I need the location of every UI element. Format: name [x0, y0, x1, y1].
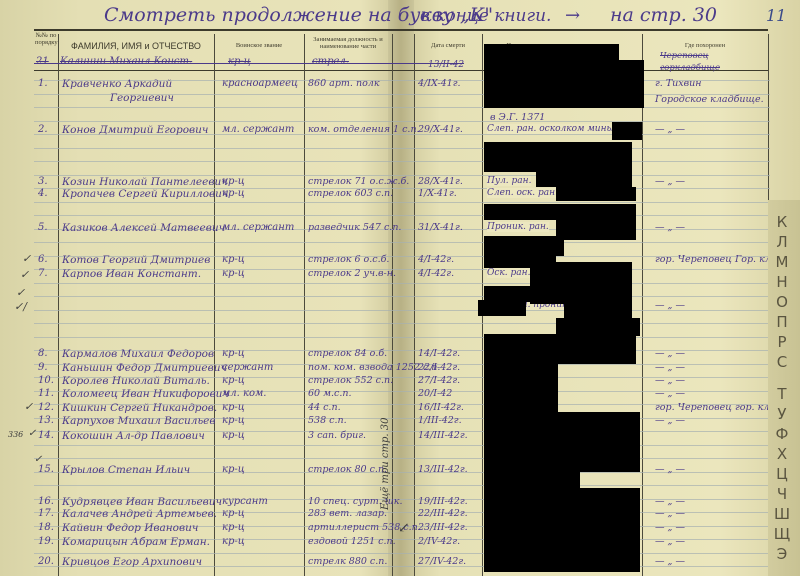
index-letter[interactable]: Н — [768, 272, 796, 292]
row-rank: кр-ц — [222, 430, 245, 441]
column-divider — [214, 34, 215, 576]
row-cause: Оск. ран. — [487, 268, 530, 278]
row-number: 17. — [38, 508, 54, 519]
check-mark-icon: ✓/ — [14, 300, 27, 313]
row-name: Кривцов Егор Архипович — [62, 556, 202, 568]
row-number: 19. — [38, 536, 54, 547]
column-header-death-date: Дата смерти — [416, 42, 480, 49]
ruling-line — [34, 242, 770, 243]
check-mark-icon: ✓ — [20, 268, 29, 281]
row-name: Карпов Иван Констант. — [62, 268, 201, 280]
row-death-date: 31/X-41г. — [418, 222, 463, 233]
column-header-position: Занимаемая должность и наименование част… — [306, 36, 390, 50]
row-name: Казиков Алексей Матвеевич — [62, 222, 225, 234]
ruling-line — [34, 337, 770, 338]
row-name: Коломеец Иван Никифорович — [62, 388, 229, 400]
row-death-date: 23/III-42г. — [418, 522, 468, 533]
row-position: 860 арт. полк — [308, 78, 380, 89]
index-letter[interactable]: Щ — [768, 524, 796, 544]
row-rank: кр-ц — [222, 464, 245, 475]
column-header-name: ФАМИЛИЯ, ИМЯ и ОТЧЕСТВО — [60, 42, 212, 52]
row-burial: — „ — — [655, 300, 685, 311]
row-name: Комарицын Абрам Ерман. — [62, 536, 210, 548]
ruling-line — [34, 445, 770, 446]
redaction-block — [556, 220, 636, 240]
row-position: ездовой 1251 с.п. — [308, 536, 396, 547]
arrow-down-icon: ↙ — [398, 520, 410, 536]
row-name: Кокошин Ал-др Павлович — [62, 430, 205, 442]
row-rank: кр-ц — [222, 536, 245, 547]
row-name: Калачев Андрей Артемьев. — [62, 508, 217, 520]
row-name: Каньшин Федор Дмитриевич — [62, 362, 227, 374]
row-position: разведчик 547 с.п. — [308, 222, 401, 233]
row-number: 2. — [38, 124, 48, 135]
row-rank: мл. сержант — [222, 124, 294, 135]
row-position: 44 с.п. — [308, 402, 341, 413]
index-letter[interactable]: Э — [768, 544, 796, 564]
row-burial: гор. Череповец гор. клад. — [655, 402, 784, 413]
row-number: 8. — [38, 348, 48, 359]
row-name: Кайвин Федор Иванович — [62, 522, 198, 534]
ruling-line — [34, 485, 770, 486]
row-burial-cont: Городское кладбище. — [655, 94, 764, 105]
row-death-date: 1/III-42г. — [418, 415, 462, 426]
redaction-block — [484, 412, 640, 472]
row-position: стрелок 552 с.п. — [308, 375, 393, 386]
row-position: ком. отделения 1 с.п. — [308, 124, 420, 135]
row-rank: кр-ц — [222, 268, 245, 279]
ruling-line — [34, 121, 770, 122]
row-number: 13. — [38, 415, 54, 426]
column-header-num: №№ по порядку — [35, 32, 57, 46]
check-mark-icon: ✓ — [28, 428, 36, 439]
row-cause-note: в Э.Г. 1371 — [490, 112, 545, 123]
redaction-block — [484, 204, 636, 220]
redaction-block — [536, 165, 632, 187]
column-divider — [392, 34, 393, 576]
row-name: Кравченко Аркадий — [62, 78, 172, 90]
row-name: Карпухов Михаил Васильев — [62, 415, 215, 427]
row-rank: кр-ц — [222, 375, 245, 386]
index-letter[interactable]: Ц — [768, 464, 796, 484]
row-position: стрелок 603 с.п. — [308, 188, 393, 199]
row-burial: — „ — — [655, 124, 685, 135]
row-cause: Пул. ран. — [487, 176, 531, 186]
row-position: 283 вет. лазар. — [308, 508, 387, 519]
row-death-date: 29/X-41г. — [418, 124, 463, 135]
row-number: 6. — [38, 254, 48, 265]
row-number: 7. — [38, 268, 48, 279]
index-letter[interactable]: Ч — [768, 484, 796, 504]
row-position: стрелк 880 с.п. — [308, 556, 387, 567]
table-top-rule — [34, 29, 768, 31]
row-name: Котов Георгий Дмитриев — [62, 254, 210, 266]
row-number: 12. — [38, 402, 54, 413]
row-rank: мл. сержант — [222, 222, 294, 233]
row-burial: — „ — — [655, 348, 685, 359]
ruling-line — [34, 202, 770, 203]
row-name: Королев Николай Виталь. — [62, 375, 210, 387]
row-rank: кр-ц — [222, 415, 245, 426]
left-margin-number: 336 — [8, 430, 23, 439]
row-death-date: 4/I-42г. — [418, 268, 454, 279]
index-letter[interactable]: Р — [768, 332, 796, 352]
row-position: 538 с.п. — [308, 415, 347, 426]
row-rank: сержант — [222, 362, 273, 373]
ruling-line — [34, 296, 770, 297]
struck-position: стрел. — [312, 56, 349, 67]
row-number: 20. — [38, 556, 54, 567]
header-note-right: в конце книги. — [420, 6, 551, 26]
index-letter[interactable]: К — [768, 212, 796, 232]
row-position: стрелок 6 о.с.б. — [308, 254, 389, 265]
column-header-rank: Воинское звание — [216, 42, 302, 49]
row-name: Крылов Степан Ильич — [62, 464, 190, 476]
struck-rank: кр-ц — [228, 56, 251, 67]
ruling-line — [34, 161, 770, 162]
index-letter[interactable]: П — [768, 312, 796, 332]
index-letter[interactable]: У — [768, 404, 796, 424]
row-rank: кр-ц — [222, 254, 245, 265]
row-burial: — „ — — [655, 388, 685, 399]
row-rank: курсант — [222, 496, 268, 507]
row-rank: кр-ц — [222, 508, 245, 519]
redaction-block — [484, 362, 558, 414]
row-position: 60 м.с.п. — [308, 388, 351, 399]
row-name: Кармалов Михаил Федоров — [62, 348, 214, 360]
redaction-block — [556, 187, 636, 201]
row-burial: — „ — — [655, 536, 685, 547]
index-letter[interactable]: О — [768, 292, 796, 312]
redaction-block — [564, 300, 632, 320]
ruling-line — [34, 283, 770, 284]
row-death-date: 1/X-41г. — [418, 188, 457, 199]
redaction-block — [612, 122, 642, 140]
row-death-date: 19/III-42г. — [418, 496, 468, 507]
row-number: 16. — [38, 496, 54, 507]
page-mark: 11 — [766, 6, 786, 25]
redaction-block — [484, 470, 580, 490]
index-letter[interactable]: С — [768, 352, 796, 372]
row-death-date: 27/IV-42г. — [418, 556, 466, 567]
row-cause: Слеп. оск. ран. — [487, 188, 558, 198]
row-burial: — „ — — [655, 362, 685, 373]
row-rank: кр-ц — [222, 188, 245, 199]
strike-line — [34, 63, 464, 64]
index-letter[interactable]: Л — [768, 232, 796, 252]
redaction-block — [484, 334, 636, 364]
row-death-date: 22/I-42г. — [418, 362, 460, 373]
ruling-line — [34, 148, 770, 149]
struck-num: 21 — [36, 56, 49, 67]
arrow-icon: → — [565, 5, 580, 26]
check-mark-icon: ✓ — [24, 400, 33, 413]
row-burial: — „ — — [655, 176, 685, 187]
row-death-date: 28/X-41г. — [418, 176, 463, 187]
header-bottom-rule — [34, 70, 768, 71]
row-position: стрелок 84 о.б. — [308, 348, 387, 359]
row-burial: гор. Череповец Гор. клад. — [655, 254, 786, 265]
row-death-date: 16/II-42г. — [418, 402, 464, 413]
row-burial: — „ — — [655, 522, 685, 533]
row-number: 9. — [38, 362, 48, 373]
column-divider — [642, 34, 643, 576]
struck-death-date: 13/II-42 — [428, 60, 464, 70]
redaction-block — [478, 300, 526, 316]
ruling-line — [34, 458, 770, 459]
index-letter[interactable]: Ф — [768, 424, 796, 444]
row-burial: г. Тихвин — [655, 78, 702, 89]
row-name: Кропачев Сергей Кириллович — [62, 188, 228, 200]
index-letter[interactable]: Т — [768, 384, 796, 404]
page-reference: на стр. 30 — [610, 4, 717, 26]
row-number: 3. — [38, 176, 48, 187]
row-number: 1. — [38, 78, 48, 89]
spine-note: Ещё три стр. 30 — [380, 418, 391, 510]
row-name: Кишкин Сергей Никандров. — [62, 402, 217, 414]
row-death-date: 14/I-42г. — [418, 348, 460, 359]
row-death-date: 13/III-42г. — [418, 464, 468, 475]
redaction-block — [484, 60, 644, 108]
row-death-date: 27/I-42г. — [418, 375, 460, 386]
row-number: 5. — [38, 222, 48, 233]
column-divider — [304, 34, 305, 576]
check-mark-icon: ✓ — [22, 252, 31, 265]
row-rank: кр-ц — [222, 402, 245, 413]
row-position: стрелок 2 уч.в-н. — [308, 268, 396, 279]
row-death-date: 20/I-42 — [418, 388, 452, 399]
column-divider — [58, 34, 59, 576]
row-number: 15. — [38, 464, 54, 475]
row-number: 11. — [38, 388, 54, 399]
row-rank: мл. ком. — [222, 388, 266, 399]
row-number: 10. — [38, 375, 54, 386]
check-mark-icon: ✓ — [34, 454, 42, 465]
row-position: стрелок 80 с.п. — [308, 464, 387, 475]
row-position: стрелок 71 о.с.ж.б. — [308, 176, 409, 187]
row-rank: кр-ц — [222, 176, 245, 187]
row-burial: — „ — — [655, 508, 685, 519]
row-name: Конов Дмитрий Егорович — [62, 124, 208, 136]
row-number: 18. — [38, 522, 54, 533]
check-mark-icon: ✓ — [16, 286, 25, 299]
ruling-line — [34, 215, 770, 216]
row-burial: — „ — — [655, 496, 685, 507]
row-number: 14. — [38, 430, 54, 441]
ledger-page-spread: Смотреть продолжение на букву „К" в конц… — [0, 0, 800, 576]
row-cause: Слеп. ран. осколком мины — [487, 124, 614, 134]
index-letter[interactable]: Х — [768, 444, 796, 464]
row-death-date: 2/IV-42г. — [418, 536, 460, 547]
redaction-block — [484, 488, 640, 572]
row-rank: красноармеец — [222, 78, 298, 89]
row-death-date: 4/IX-41г. — [418, 78, 461, 89]
ruling-line — [34, 323, 770, 324]
alphabet-index-letters: КЛМНОПРСТУФХЦЧШЩЭ — [768, 212, 796, 564]
row-rank: кр-ц — [222, 522, 245, 533]
row-burial: — „ — — [655, 415, 685, 426]
row-position: 3 сап. бриг. — [308, 430, 366, 441]
row-burial: — „ — — [655, 556, 685, 567]
index-letter[interactable]: М — [768, 252, 796, 272]
row-burial: — „ — — [655, 464, 685, 475]
row-death-date: 14/III-42г. — [418, 430, 468, 441]
ruling-line — [34, 107, 770, 108]
column-divider — [414, 34, 415, 576]
ruling-line — [34, 553, 770, 554]
redaction-block — [530, 262, 632, 304]
row-death-date: 4/I-42г. — [418, 254, 454, 265]
row-death-date: 22/III-42г. — [418, 508, 468, 519]
struck-burial: Череповец горкладбище — [660, 50, 760, 74]
struck-name: Калинин Михаил Конст. — [60, 56, 192, 67]
index-letter[interactable]: Ш — [768, 504, 796, 524]
row-burial: — „ — — [655, 375, 685, 386]
row-cause: Проник. ран. — [487, 222, 549, 232]
row-name-cont: Георгиевич — [110, 92, 174, 104]
row-name: Козин Николай Пантелеевич — [62, 176, 228, 188]
row-burial: — „ — — [655, 222, 685, 233]
row-number: 4. — [38, 188, 48, 199]
row-name: Кудрявцев Иван Васильевич — [62, 496, 222, 508]
column-header-burial: Где похоронен — [644, 42, 766, 49]
row-rank: кр-ц — [222, 348, 245, 359]
